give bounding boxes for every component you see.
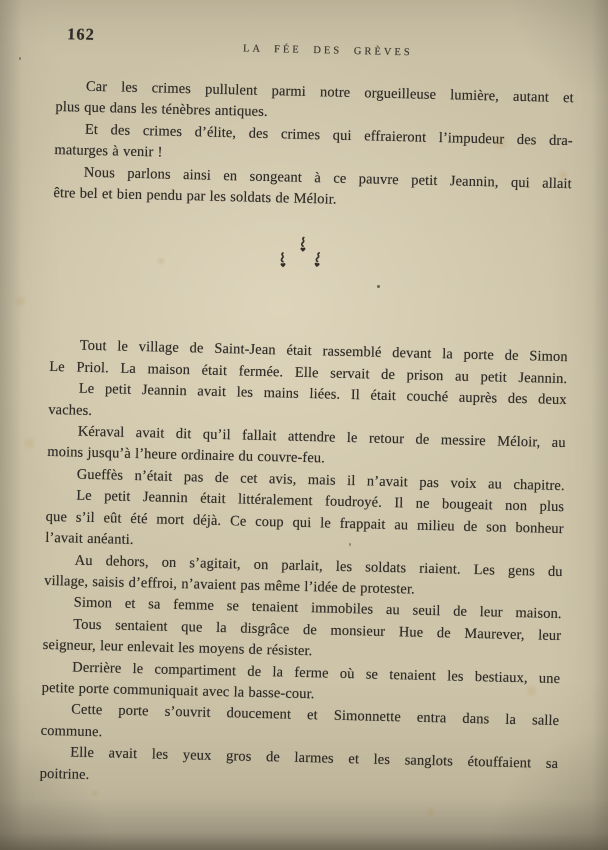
running-title: LA FÉE DES GRÈVES — [243, 43, 413, 58]
foxing-spot — [22, 436, 37, 450]
text-block-lower: Tout le village de Saint-Jean était rass… — [39, 335, 567, 797]
page-header: 162 LA FÉE DES GRÈVES — [57, 24, 575, 62]
foxing-spot — [424, 806, 437, 818]
ink-speck — [19, 57, 21, 60]
foxing-spot — [90, 788, 100, 798]
foxing-spot — [14, 295, 27, 308]
asterism-ornament-icon — [271, 236, 334, 282]
page-content: 162 LA FÉE DES GRÈVES Car les crimes pul… — [39, 24, 575, 797]
text-block-upper: Car les crimes pullulent parmi notre org… — [53, 76, 574, 217]
paragraph: Le petit Jeannin était littéralement fou… — [45, 485, 564, 561]
book-page-scan: 162 LA FÉE DES GRÈVES Car les crimes pul… — [0, 0, 608, 850]
page-number: 162 — [67, 24, 95, 45]
